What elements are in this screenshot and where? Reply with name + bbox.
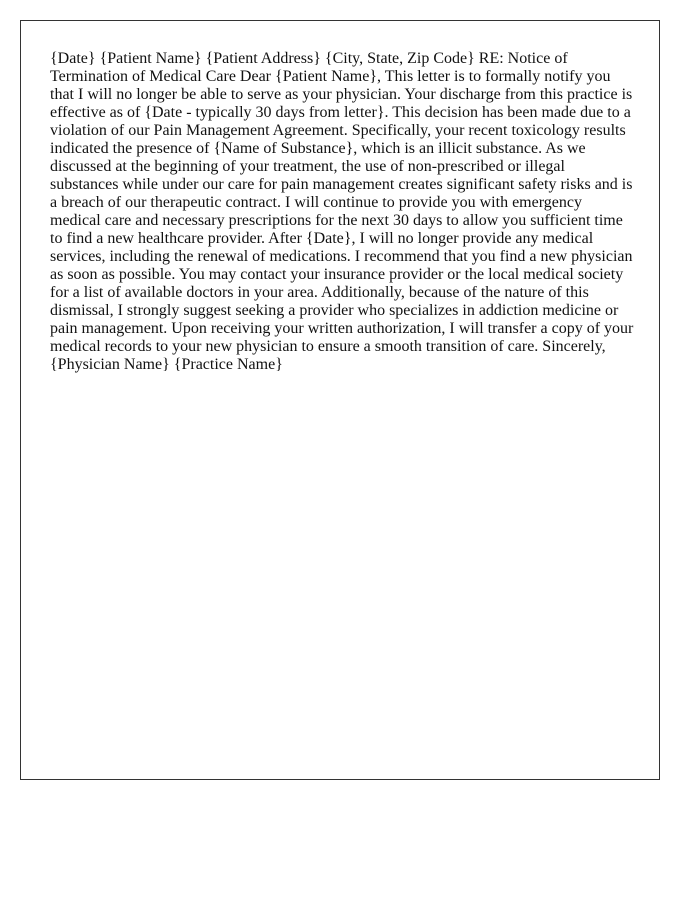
letter-body: {Date} {Patient Name} {Patient Address} … — [50, 50, 636, 374]
letter-page: {Date} {Patient Name} {Patient Address} … — [20, 20, 660, 780]
